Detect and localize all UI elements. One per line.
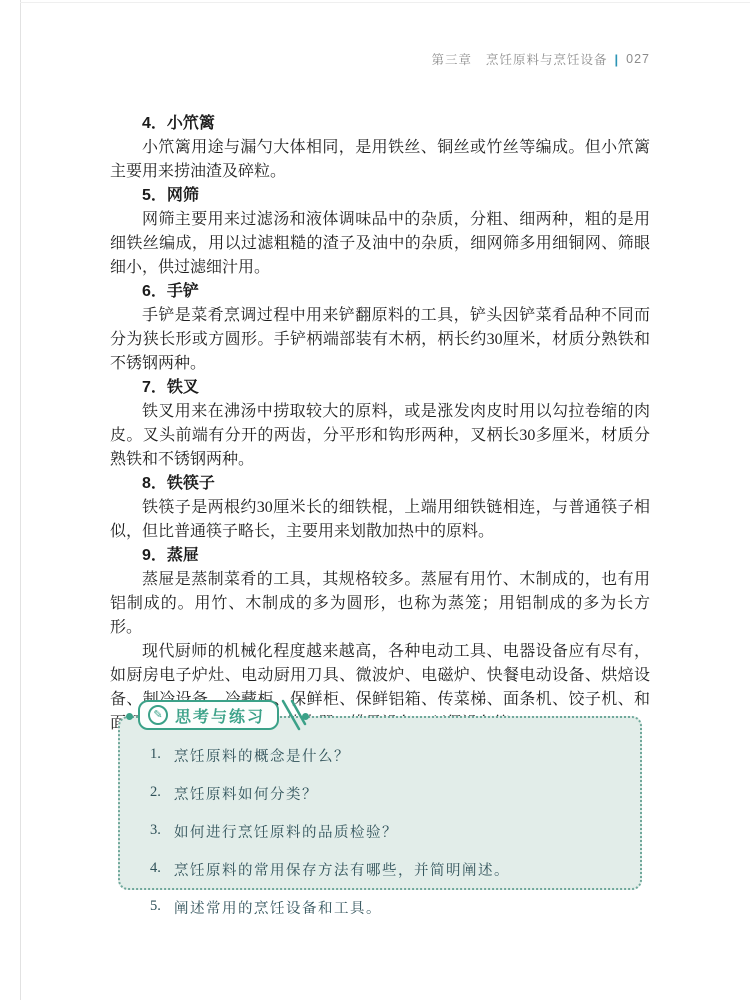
think-practice-box: ✎ 思考与练习 1. 烹饪原料的概念是什么？ 2. 烹饪原料如何分类？ 3. 如… <box>118 716 642 890</box>
question-text: 烹饪原料的常用保存方法有哪些，并简明阐述。 <box>174 860 510 882</box>
question-text: 阐述常用的烹饪设备和工具。 <box>174 898 382 920</box>
section-paragraph: 手铲是菜肴烹调过程中用来铲翻原料的工具，铲头因铲菜肴品种不同而分为狭长形或方圆形… <box>110 304 650 376</box>
section-heading: 5．网筛 <box>110 184 650 208</box>
chapter-label: 第三章 <box>431 50 472 68</box>
section-heading: 9．蒸屉 <box>110 544 650 568</box>
ribbon-tail-icon <box>281 699 307 731</box>
section-heading: 7．铁叉 <box>110 376 650 400</box>
section-paragraph: 小笊篱用途与漏勺大体相同，是用铁丝、铜丝或竹丝等编成。但小笊篱主要用来捞油渣及碎… <box>110 136 650 184</box>
question-item: 2. 烹饪原料如何分类？ <box>150 784 616 806</box>
page-edge-top <box>20 2 750 3</box>
chapter-title: 烹饪原料与烹饪设备 <box>486 50 608 68</box>
page-edge-left <box>20 0 21 1000</box>
question-item: 3. 如何进行烹饪原料的品质检验？ <box>150 822 616 844</box>
question-text: 如何进行烹饪原料的品质检验？ <box>174 822 398 844</box>
section-heading: 6．手铲 <box>110 280 650 304</box>
section-paragraph: 网筛主要用来过滤汤和液体调味品中的杂质，分粗、细两种，粗的是用细铁丝编成，用以过… <box>110 208 650 280</box>
think-practice-badge: ✎ 思考与练习 <box>138 699 307 731</box>
question-text: 烹饪原料的概念是什么？ <box>174 746 350 768</box>
question-item: 5. 阐述常用的烹饪设备和工具。 <box>150 898 616 920</box>
section-paragraph: 铁叉用来在沸汤中捞取较大的原料，或是涨发肉皮时用以勾拉卷缩的肉皮。叉头前端有分开… <box>110 400 650 472</box>
dot-decoration-left <box>126 713 133 720</box>
running-header: 第三章 烹饪原料与烹饪设备 | 027 <box>431 50 650 68</box>
question-number: 4. <box>150 860 174 882</box>
badge-body: ✎ 思考与练习 <box>138 700 279 730</box>
badge-label: 思考与练习 <box>175 704 265 727</box>
header-separator: | <box>615 52 620 67</box>
question-number: 3. <box>150 822 174 844</box>
main-text-block: 4．小笊篱 小笊篱用途与漏勺大体相同，是用铁丝、铜丝或竹丝等编成。但小笊篱主要用… <box>110 112 650 736</box>
section-heading: 4．小笊篱 <box>110 112 650 136</box>
section-heading: 8．铁筷子 <box>110 472 650 496</box>
question-item: 1. 烹饪原料的概念是什么？ <box>150 746 616 768</box>
question-number: 2. <box>150 784 174 806</box>
page-number: 027 <box>626 52 650 66</box>
pencil-icon: ✎ <box>148 705 168 725</box>
question-list: 1. 烹饪原料的概念是什么？ 2. 烹饪原料如何分类？ 3. 如何进行烹饪原料的… <box>150 746 616 936</box>
question-number: 5. <box>150 898 174 920</box>
question-text: 烹饪原料如何分类？ <box>174 784 318 806</box>
question-number: 1. <box>150 746 174 768</box>
section-paragraph: 铁筷子是两根约30厘米长的细铁棍，上端用细铁链相连，与普通筷子相似，但比普通筷子… <box>110 496 650 544</box>
section-paragraph: 蒸屉是蒸制菜肴的工具，其规格较多。蒸屉有用竹、木制成的，也有用铝制成的。用竹、木… <box>110 568 650 640</box>
question-item: 4. 烹饪原料的常用保存方法有哪些，并简明阐述。 <box>150 860 616 882</box>
